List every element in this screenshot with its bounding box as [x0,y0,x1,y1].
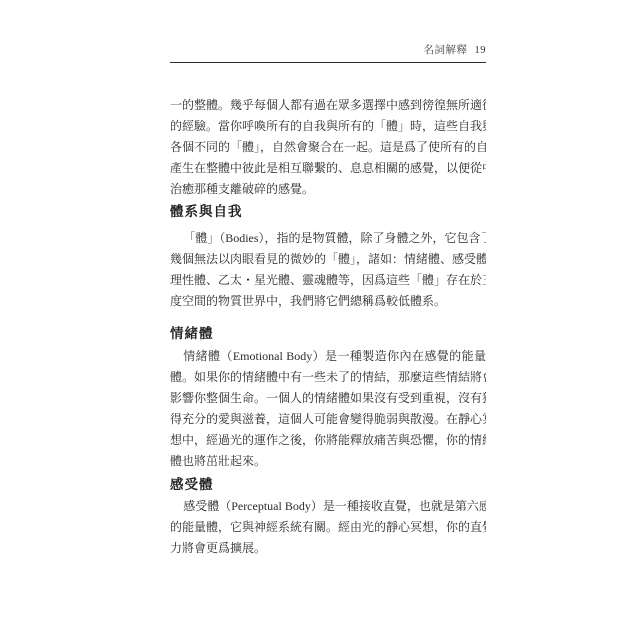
text-line: 力將會更爲擴展。 [170,538,486,559]
paragraph-emotional-body: 情緒體（Emotional Body）是一種製造你內在感覺的能量 體。如果你的情… [170,346,486,472]
text-line: 「體」（Bodies），指的是物質體，除了身體之外，它包含了 [170,228,486,249]
paragraph-body-system: 「體」（Bodies），指的是物質體，除了身體之外，它包含了 幾個無法以肉眼看見… [170,228,486,312]
paragraph-perceptual-body: 感受體（Perceptual Body）是一種接收直覺，也就是第六感 的能量體，… [170,496,486,559]
text-line: 各個不同的「體」，自然會聚合在一起。這是爲了使所有的自我 [170,137,486,158]
text-line: 的能量體，它與神經系統有關。經由光的靜心冥想，你的直覺 [170,517,486,538]
text-line: 一的整體。幾乎每個人都有過在眾多選擇中感到徬徨無所適從 [170,95,486,116]
section-heading-body-system: 體系與自我 [170,203,486,220]
running-header: 名詞解釋 19 [170,42,486,63]
text-line: 體也將茁壯起來。 [170,451,486,472]
paragraph-intro: 一的整體。幾乎每個人都有過在眾多選擇中感到徬徨無所適從 的經驗。當你呼喚所有的自… [170,95,486,200]
section-heading-emotional-body: 情緒體 [170,325,486,342]
text-line: 感受體（Perceptual Body）是一種接收直覺，也就是第六感 [170,496,486,517]
text-line: 度空間的物質世界中，我們將它們總稱爲較低體系。 [170,291,486,312]
text-line: 得充分的愛與滋養，這個人可能會變得脆弱與散漫。在靜心冥 [170,409,486,430]
text-line: 理性體、乙太・星光體、靈魂體等，因爲這些「體」存在於三 [170,270,486,291]
page-number: 19 [475,45,487,56]
text-line: 體。如果你的情緒體中有一些未了的情結，那麼這些情結將會 [170,367,486,388]
text-line: 產生在整體中彼此是相互聯繫的、息息相關的感覺，以便從中 [170,158,486,179]
running-header-title: 名詞解釋 [424,42,468,57]
text-line: 幾個無法以肉眼看見的微妙的「體」，諸如：情緒體、感受體、 [170,249,486,270]
text-line: 影響你整個生命。一個人的情緒體如果沒有受到重視，沒有獲 [170,388,486,409]
text-line: 的經驗。當你呼喚所有的自我與所有的「體」時，這些自我與 [170,116,486,137]
section-heading-perceptual-body: 感受體 [170,476,486,493]
book-page: 名詞解釋 19 一的整體。幾乎每個人都有過在眾多選擇中感到徬徨無所適從 的經驗。… [0,0,642,642]
page-content-column: 名詞解釋 19 一的整體。幾乎每個人都有過在眾多選擇中感到徬徨無所適從 的經驗。… [170,42,486,559]
text-line: 想中，經過光的運作之後，你將能釋放痛苦與恐懼，你的情緒 [170,430,486,451]
text-line: 治癒那種支離破碎的感覺。 [170,179,486,200]
text-line: 情緒體（Emotional Body）是一種製造你內在感覺的能量 [170,346,486,367]
